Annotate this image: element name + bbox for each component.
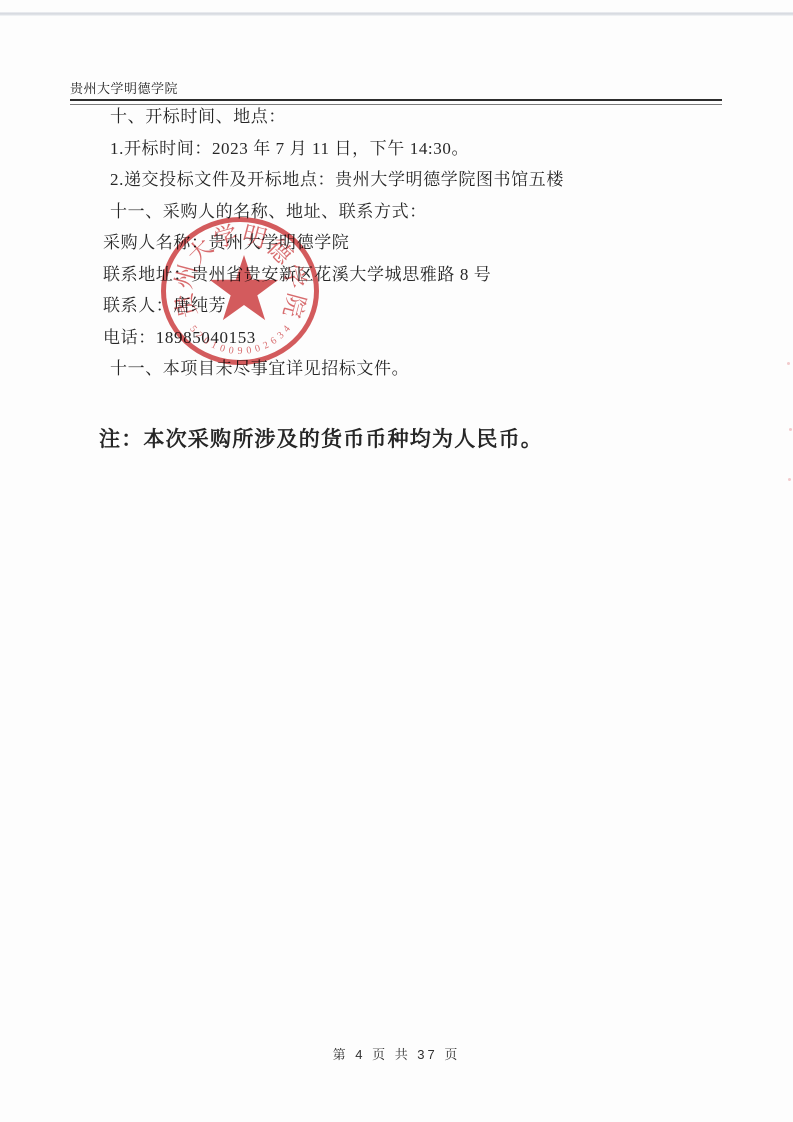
document-header: 贵州大学明德学院: [70, 81, 722, 105]
body-line: 联系地址：贵州省贵安新区花溪大学城思雅路 8 号: [103, 265, 693, 284]
body-line: 采购人名称：贵州大学明德学院: [103, 233, 693, 252]
body-line: 2.递交投标文件及开标地点：贵州大学明德学院图书馆五楼: [103, 170, 693, 189]
header-org-name: 贵州大学明德学院: [70, 81, 722, 96]
header-rule: [70, 99, 722, 105]
section-heading: 十一、本项目未尽事宜详见招标文件。: [103, 359, 693, 378]
document-body: 十、开标时间、地点： 1.开标时间：2023 年 7 月 11 日，下午 14:…: [103, 107, 693, 391]
page-number-footer: 第 4 页 共 37 页: [0, 1044, 793, 1063]
scan-speck: [788, 478, 791, 481]
body-line: 联系人：唐纯芳: [103, 296, 693, 315]
scan-speck: [787, 362, 790, 365]
body-line: 电话：18985040153: [103, 328, 693, 347]
scan-speck: [789, 428, 792, 431]
scan-edge-artifact: [0, 12, 793, 16]
body-line: 1.开标时间：2023 年 7 月 11 日，下午 14:30。: [103, 139, 693, 158]
section-heading: 十、开标时间、地点：: [103, 107, 693, 126]
section-heading: 十一、采购人的名称、地址、联系方式：: [103, 202, 693, 221]
currency-note: 注：本次采购所涉及的货币币种均为人民币。: [99, 423, 719, 453]
scanned-document-page: 贵州大学明德学院 十、开标时间、地点： 1.开标时间：2023 年 7 月 11…: [0, 0, 793, 1122]
